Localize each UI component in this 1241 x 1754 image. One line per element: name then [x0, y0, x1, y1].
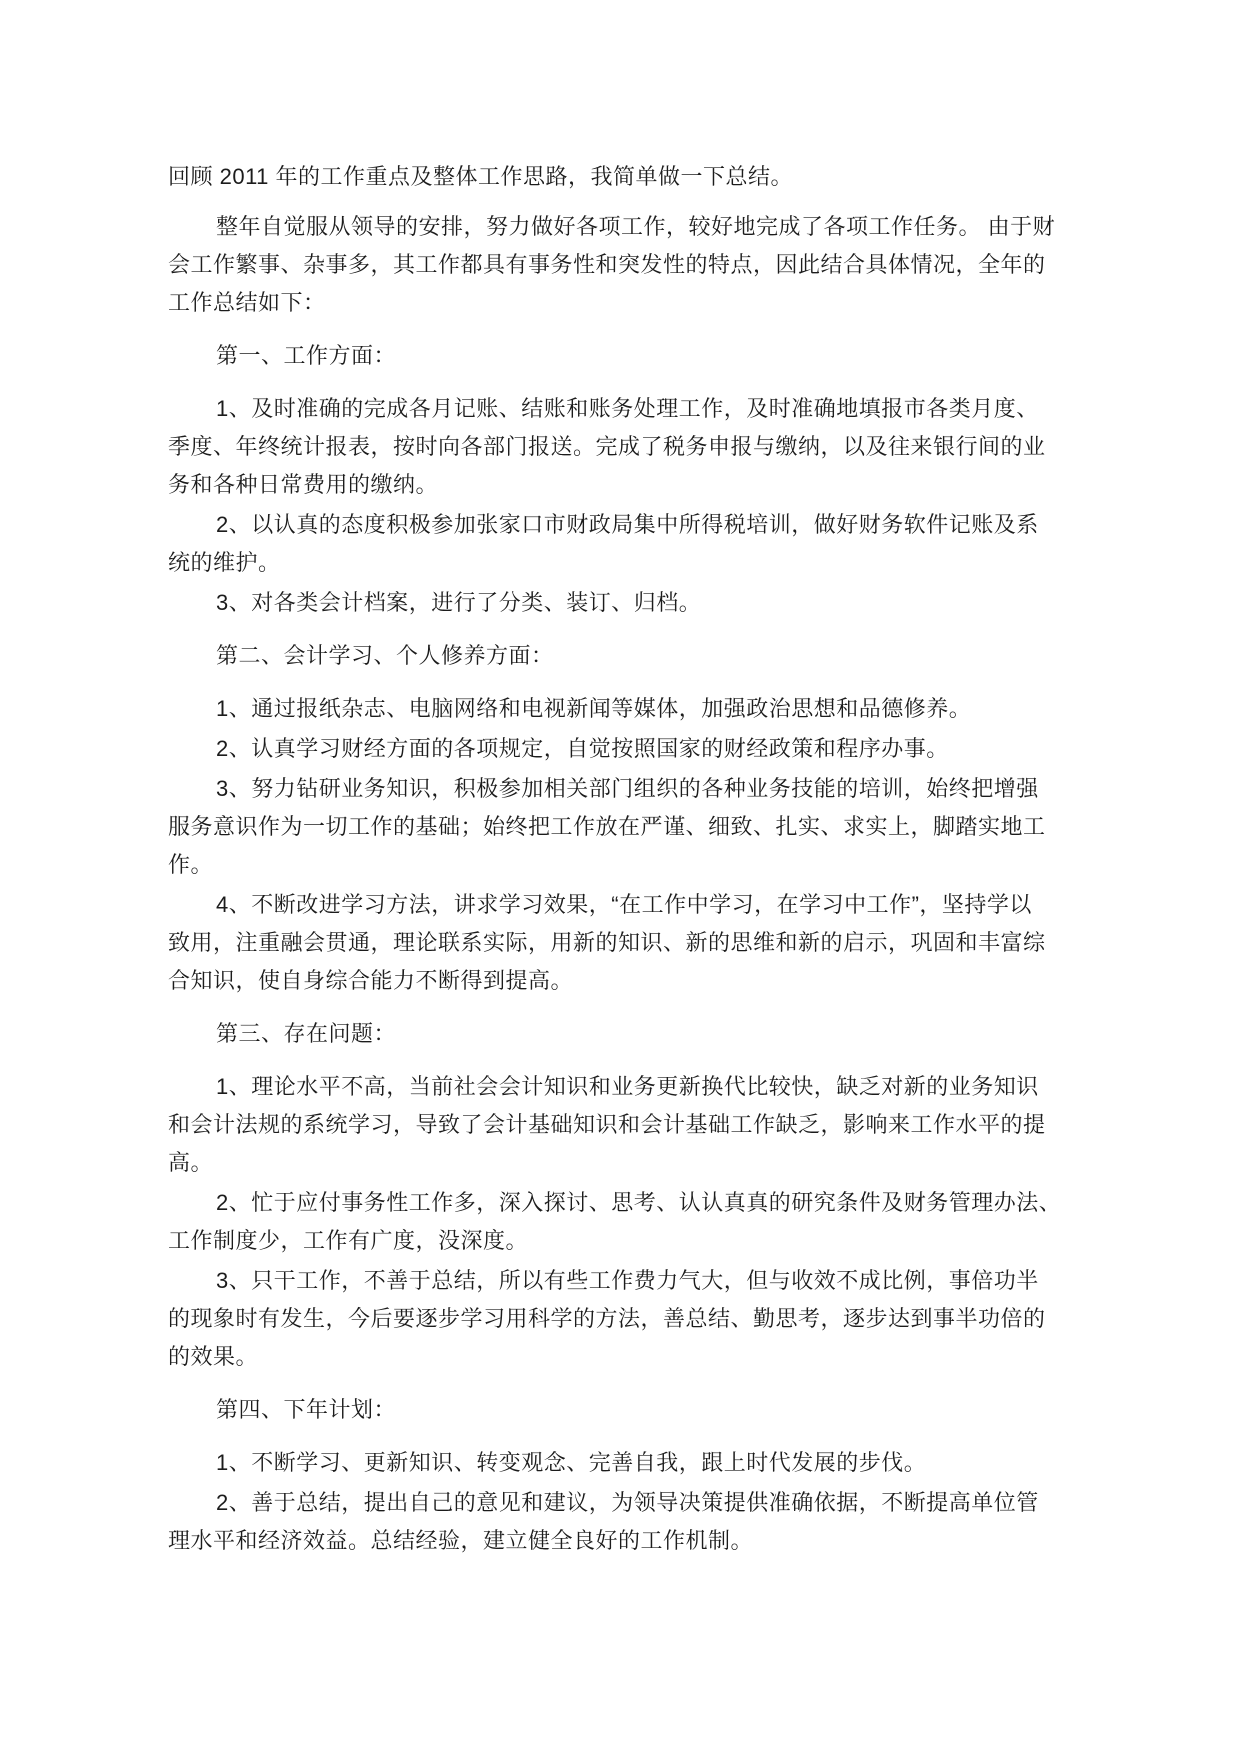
- text-line: 服务意识作为一切工作的基础；始终把工作放在严谨、细致、扎实、求实上，脚踏实地工: [168, 808, 1078, 846]
- text-line: 高。: [168, 1144, 1078, 1182]
- text-line: 整年自觉服从领导的安排，努力做好各项工作，较好地完成了各项工作任务。 由于财: [168, 208, 1078, 246]
- text-line: 2、认真学习财经方面的各项规定，自觉按照国家的财经政策和程序办事。: [168, 730, 1078, 768]
- paragraph: 回顾 2011 年的工作重点及整体工作思路，我简单做一下总结。: [168, 158, 1078, 196]
- paragraph: 2、忙于应付事务性工作多，深入探讨、思考、认认真真的研究条件及财务管理办法、工作…: [168, 1184, 1078, 1260]
- text-line: 务和各种日常费用的缴纳。: [168, 466, 1078, 504]
- text-line: 作。: [168, 846, 1078, 884]
- section-heading: 第一、工作方面：: [168, 337, 1078, 375]
- text-line: 3、对各类会计档案，进行了分类、装订、归档。: [168, 584, 1078, 622]
- text-line: 1、不断学习、更新知识、转变观念、完善自我，跟上时代发展的步伐。: [168, 1444, 1078, 1482]
- section-heading: 第二、会计学习、个人修养方面：: [168, 637, 1078, 675]
- paragraph: 整年自觉服从领导的安排，努力做好各项工作，较好地完成了各项工作任务。 由于财会工…: [168, 208, 1078, 322]
- text-line: 季度、年终统计报表，按时向各部门报送。完成了税务申报与缴纳，以及往来银行间的业: [168, 428, 1078, 466]
- text-line: 工作总结如下：: [168, 284, 1078, 322]
- paragraph: 2、认真学习财经方面的各项规定，自觉按照国家的财经政策和程序办事。: [168, 730, 1078, 768]
- text-line: 会工作繁事、杂事多，其工作都具有事务性和突发性的特点，因此结合具体情况，全年的: [168, 246, 1078, 284]
- section-heading: 第四、下年计划：: [168, 1391, 1078, 1429]
- paragraph: 1、及时准确的完成各月记账、结账和账务处理工作，及时准确地填报市各类月度、季度、…: [168, 390, 1078, 504]
- paragraph: 1、通过报纸杂志、电脑网络和电视新闻等媒体，加强政治思想和品德修养。: [168, 690, 1078, 728]
- text-line: 1、通过报纸杂志、电脑网络和电视新闻等媒体，加强政治思想和品德修养。: [168, 690, 1078, 728]
- text-line: 统的维护。: [168, 544, 1078, 582]
- document-page: 回顾 2011 年的工作重点及整体工作思路，我简单做一下总结。整年自觉服从领导的…: [0, 0, 1241, 1754]
- section-heading: 第三、存在问题：: [168, 1015, 1078, 1053]
- document-body: 回顾 2011 年的工作重点及整体工作思路，我简单做一下总结。整年自觉服从领导的…: [168, 158, 1078, 1562]
- paragraph: 2、以认真的态度积极参加张家口市财政局集中所得税培训，做好财务软件记账及系统的维…: [168, 506, 1078, 582]
- text-line: 第一、工作方面：: [168, 337, 1078, 375]
- paragraph: 1、不断学习、更新知识、转变观念、完善自我，跟上时代发展的步伐。: [168, 1444, 1078, 1482]
- text-line: 1、理论水平不高，当前社会会计知识和业务更新换代比较快，缺乏对新的业务知识: [168, 1068, 1078, 1106]
- paragraph: 4、不断改进学习方法，讲求学习效果，“在工作中学习，在学习中工作”，坚持学以致用…: [168, 886, 1078, 1000]
- text-line: 回顾 2011 年的工作重点及整体工作思路，我简单做一下总结。: [168, 158, 1078, 196]
- text-line: 工作制度少，工作有广度，没深度。: [168, 1222, 1078, 1260]
- text-line: 4、不断改进学习方法，讲求学习效果，“在工作中学习，在学习中工作”，坚持学以: [168, 886, 1078, 924]
- text-line: 2、善于总结，提出自己的意见和建议，为领导决策提供准确依据，不断提高单位管: [168, 1484, 1078, 1522]
- text-line: 3、只干工作，不善于总结，所以有些工作费力气大，但与收效不成比例，事倍功半: [168, 1262, 1078, 1300]
- text-line: 和会计法规的系统学习，导致了会计基础知识和会计基础工作缺乏，影响来工作水平的提: [168, 1106, 1078, 1144]
- paragraph: 2、善于总结，提出自己的意见和建议，为领导决策提供准确依据，不断提高单位管理水平…: [168, 1484, 1078, 1560]
- text-line: 致用，注重融会贯通，理论联系实际，用新的知识、新的思维和新的启示，巩固和丰富综: [168, 924, 1078, 962]
- text-line: 3、努力钻研业务知识，积极参加相关部门组织的各种业务技能的培训，始终把增强: [168, 770, 1078, 808]
- text-line: 的现象时有发生，今后要逐步学习用科学的方法，善总结、勤思考，逐步达到事半功倍的: [168, 1300, 1078, 1338]
- text-line: 1、及时准确的完成各月记账、结账和账务处理工作，及时准确地填报市各类月度、: [168, 390, 1078, 428]
- text-line: 第二、会计学习、个人修养方面：: [168, 637, 1078, 675]
- paragraph: 1、理论水平不高，当前社会会计知识和业务更新换代比较快，缺乏对新的业务知识和会计…: [168, 1068, 1078, 1182]
- text-line: 2、忙于应付事务性工作多，深入探讨、思考、认认真真的研究条件及财务管理办法、: [168, 1184, 1078, 1222]
- text-line: 第三、存在问题：: [168, 1015, 1078, 1053]
- paragraph: 3、努力钻研业务知识，积极参加相关部门组织的各种业务技能的培训，始终把增强服务意…: [168, 770, 1078, 884]
- text-line: 合知识，使自身综合能力不断得到提高。: [168, 962, 1078, 1000]
- text-line: 理水平和经济效益。总结经验，建立健全良好的工作机制。: [168, 1522, 1078, 1560]
- paragraph: 3、对各类会计档案，进行了分类、装订、归档。: [168, 584, 1078, 622]
- text-line: 2、以认真的态度积极参加张家口市财政局集中所得税培训，做好财务软件记账及系: [168, 506, 1078, 544]
- text-line: 的效果。: [168, 1338, 1078, 1376]
- paragraph: 3、只干工作，不善于总结，所以有些工作费力气大，但与收效不成比例，事倍功半的现象…: [168, 1262, 1078, 1376]
- text-line: 第四、下年计划：: [168, 1391, 1078, 1429]
